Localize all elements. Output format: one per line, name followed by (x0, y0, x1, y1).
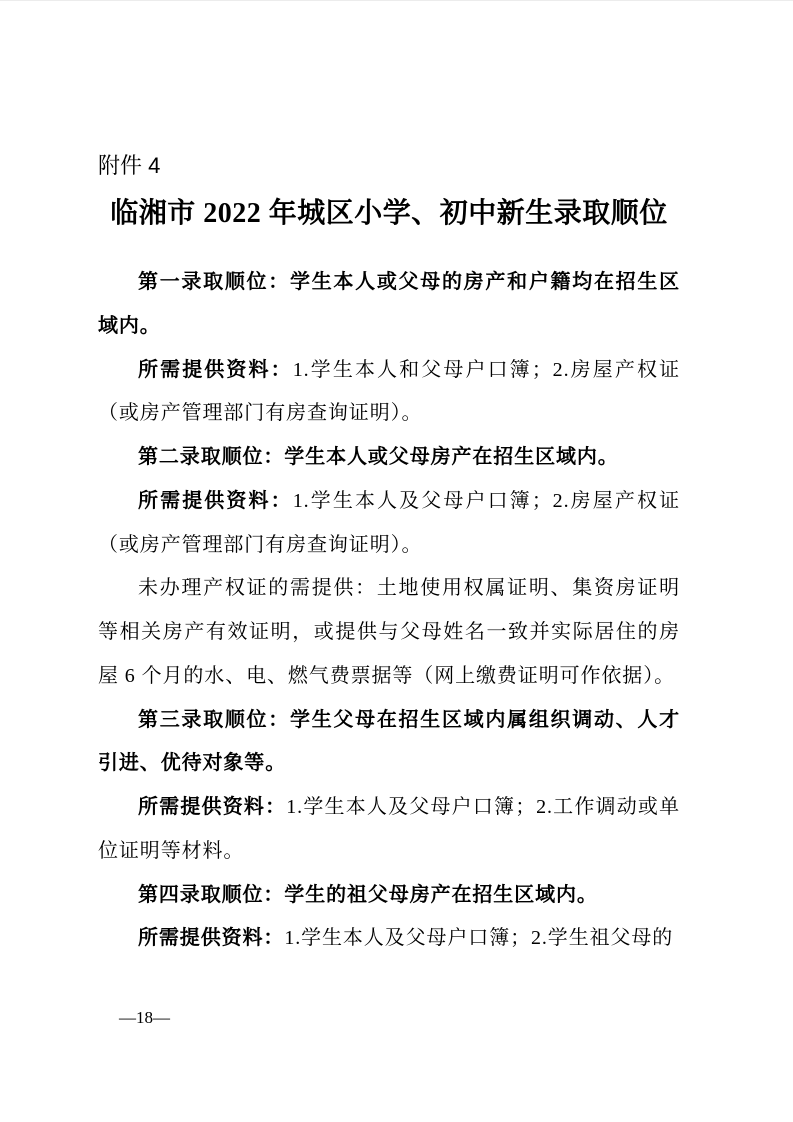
paragraph: 所需提供资料：1.学生本人及父母户口簿；2.房屋产权证（或房产管理部门有房查询证… (98, 480, 680, 568)
paragraph: 所需提供资料：1.学生本人及父母户口簿；2.学生祖父母的 (98, 917, 680, 961)
paragraph-list: 第一录取顺位：学生本人或父母的房产和户籍均在招生区域内。 所需提供资料：1.学生… (98, 261, 680, 961)
paragraph-bold-label: 第二录取顺位：学生本人或父母房产在招生区域内。 (138, 446, 619, 468)
paragraph: 第三录取顺位：学生父母在招生区域内属组织调动、人才引进、优待对象等。 (98, 699, 680, 787)
document-title: 临湘市 2022 年城区小学、初中新生录取顺位 (98, 195, 680, 233)
annex-label: 附件 4 (98, 1, 680, 181)
paragraph: 第二录取顺位：学生本人或父母房产在招生区域内。 (98, 436, 680, 480)
paragraph-bold-label: 所需提供资料： (138, 359, 293, 381)
paragraph: 所需提供资料：1.学生本人和父母户口簿；2.房屋产权证（或房产管理部门有房查询证… (98, 349, 680, 437)
paragraph-bold-label: 第一录取顺位：学生本人或父母的房产和户籍均在招生区域内。 (98, 271, 680, 337)
paragraph-bold-label: 第三录取顺位：学生父母在招生区域内属组织调动、人才引进、优待对象等。 (98, 709, 680, 775)
paragraph: 第一录取顺位：学生本人或父母的房产和户籍均在招生区域内。 (98, 261, 680, 349)
paragraph: 第四录取顺位：学生的祖父母房产在招生区域内。 (98, 874, 680, 918)
paragraph-text: 未办理产权证的需提供：土地使用权属证明、集资房证明等相关房产有效证明，或提供与父… (98, 577, 680, 687)
document-page: 附件 4 临湘市 2022 年城区小学、初中新生录取顺位 第一录取顺位：学生本人… (0, 0, 793, 1122)
paragraph-text: 1.学生本人及父母户口簿；2.学生祖父母的 (284, 927, 673, 949)
paragraph: 所需提供资料：1.学生本人及父母户口簿；2.工作调动或单位证明等材料。 (98, 786, 680, 874)
paragraph-bold-label: 所需提供资料： (138, 927, 284, 949)
page-number: —18— (119, 1007, 170, 1029)
paragraph-bold-label: 第四录取顺位：学生的祖父母房产在招生区域内。 (138, 884, 598, 906)
document-content: 附件 4 临湘市 2022 年城区小学、初中新生录取顺位 第一录取顺位：学生本人… (98, 1, 680, 961)
paragraph-bold-label: 所需提供资料： (138, 796, 286, 818)
paragraph: 未办理产权证的需提供：土地使用权属证明、集资房证明等相关房产有效证明，或提供与父… (98, 567, 680, 698)
paragraph-bold-label: 所需提供资料： (138, 490, 293, 512)
